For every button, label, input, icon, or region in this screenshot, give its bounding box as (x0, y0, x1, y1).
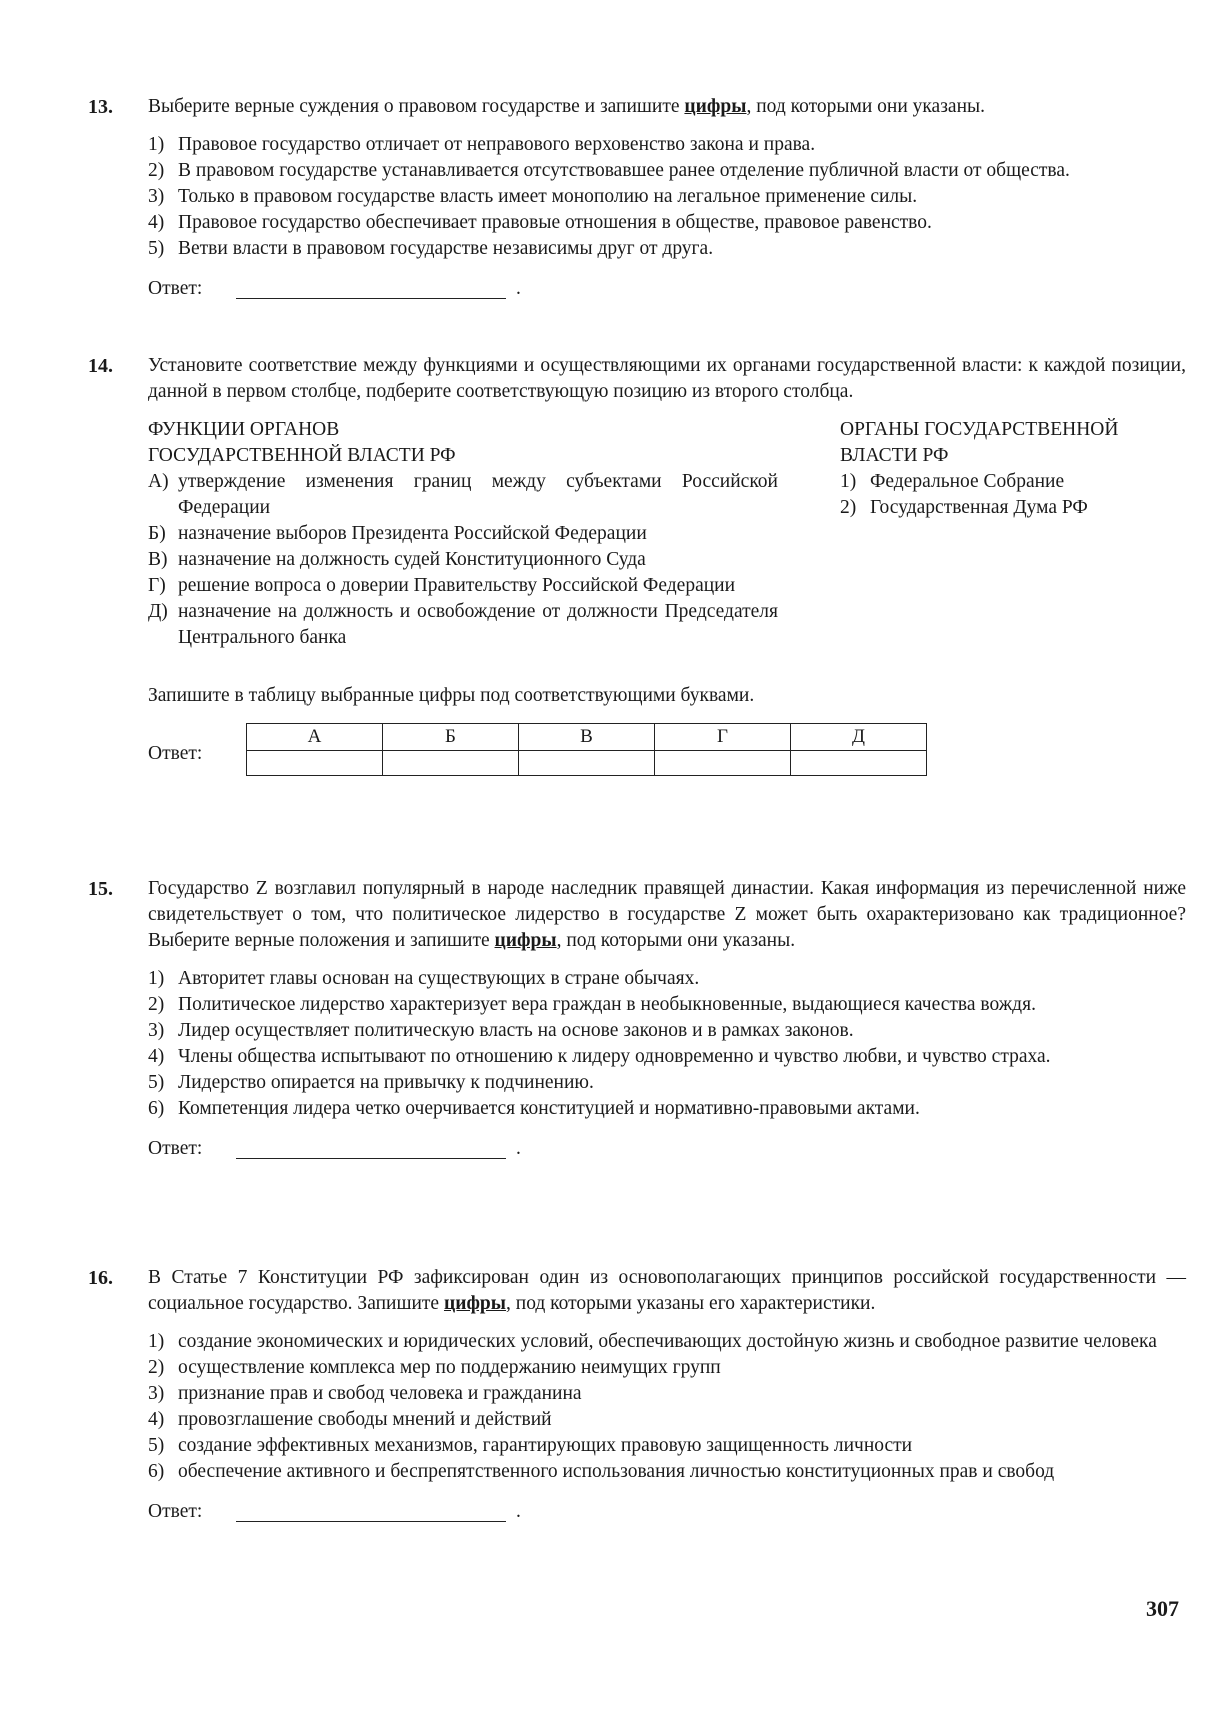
functions-column: ФУНКЦИИ ОРГАНОВ ГОСУДАРСТВЕННОЙ ВЛАСТИ Р… (148, 417, 778, 651)
function-a: А)утверждение изменения границ между суб… (148, 469, 778, 521)
function-g: Г)решение вопроса о доверии Правительств… (148, 573, 778, 599)
answer-field: Ответ: . (148, 1136, 1186, 1162)
task-number: 16. (88, 1265, 113, 1291)
task-question: Государство Z возглавил популярный в нар… (148, 876, 1186, 954)
task-number: 14. (88, 353, 113, 379)
function-v: В)назначение на должность судей Конститу… (148, 547, 778, 573)
answer-cell[interactable] (247, 751, 383, 776)
table-header: В (519, 724, 655, 751)
option-3: 3)Лидер осуществляет политическую власть… (148, 1018, 1186, 1044)
option-4: 4)Правовое государство обеспечивает прав… (148, 210, 1186, 236)
answer-label: Ответ: (148, 741, 202, 767)
column-header: ОРГАНЫ ГОСУДАРСТВЕННОЙ (840, 417, 1200, 443)
column-header: ВЛАСТИ РФ (840, 443, 1200, 469)
task-question: В Статье 7 Конституции РФ зафиксирован о… (148, 1265, 1186, 1317)
task-13: 13. Выберите верные суждения о правовом … (88, 94, 1186, 302)
option-6: 6)Компетенция лидера четко очерчивается … (148, 1096, 1186, 1122)
answer-cell[interactable] (519, 751, 655, 776)
organs-column: ОРГАНЫ ГОСУДАРСТВЕННОЙ ВЛАСТИ РФ 1)Федер… (840, 417, 1200, 521)
table-header: Б (383, 724, 519, 751)
task-15: 15. Государство Z возглавил популярный в… (88, 876, 1186, 1162)
option-2: 2)осуществление комплекса мер по поддерж… (148, 1355, 1186, 1381)
option-3: 3)признание прав и свобод человека и гра… (148, 1381, 1186, 1407)
table-header: А (247, 724, 383, 751)
option-4: 4)Члены общества испытывают по отношению… (148, 1044, 1186, 1070)
options-list: 1)Авторитет главы основан на существующи… (148, 966, 1186, 1122)
table-header: Д (791, 724, 927, 751)
emphasis-digits: цифры (495, 930, 557, 951)
answer-label: Ответ: (148, 276, 202, 302)
answer-field: Ответ: . (148, 1499, 1186, 1525)
task-question: Установите соответствие между функциями … (148, 353, 1186, 405)
function-b: Б)назначение выборов Президента Российск… (148, 521, 778, 547)
function-d: Д)назначение на должность и освобождение… (148, 599, 778, 651)
options-list: 1)создание экономических и юридических у… (148, 1329, 1186, 1485)
organ-2: 2)Государственная Дума РФ (840, 495, 1200, 521)
answer-field: Ответ: . (148, 276, 1186, 302)
task-question: Выберите верные суждения о правовом госу… (148, 94, 1186, 120)
table-header: Г (655, 724, 791, 751)
answer-cell[interactable] (791, 751, 927, 776)
answer-table-block: Ответ: А Б В Г Д (148, 723, 1186, 783)
option-1: 1)Правовое государство отличает от непра… (148, 132, 1186, 158)
option-5: 5)Лидерство опирается на привычку к подч… (148, 1070, 1186, 1096)
answer-label: Ответ: (148, 1136, 202, 1162)
emphasis-digits: цифры (444, 1293, 506, 1314)
column-header: ГОСУДАРСТВЕННОЙ ВЛАСТИ РФ (148, 443, 778, 469)
option-2: 2)В правовом государстве устанавливается… (148, 158, 1186, 184)
answer-blank[interactable] (236, 1521, 506, 1522)
option-2: 2)Политическое лидерство характеризует в… (148, 992, 1186, 1018)
column-header: ФУНКЦИИ ОРГАНОВ (148, 417, 778, 443)
options-list: 1)Правовое государство отличает от непра… (148, 132, 1186, 262)
answer-blank[interactable] (236, 298, 506, 299)
task-14: 14. Установите соответствие между функци… (88, 353, 1186, 783)
option-1: 1)создание экономических и юридических у… (148, 1329, 1186, 1355)
option-5: 5)Ветви власти в правовом государстве не… (148, 236, 1186, 262)
option-5: 5)создание эффективных механизмов, гаран… (148, 1433, 1186, 1459)
answer-cell[interactable] (655, 751, 791, 776)
organ-1: 1)Федеральное Собрание (840, 469, 1200, 495)
table-instruction: Запишите в таблицу выбранные цифры под с… (148, 683, 1186, 709)
option-1: 1)Авторитет главы основан на существующи… (148, 966, 1186, 992)
task-number: 13. (88, 94, 113, 120)
matching-columns: ФУНКЦИИ ОРГАНОВ ГОСУДАРСТВЕННОЙ ВЛАСТИ Р… (148, 417, 1186, 673)
page-number: 307 (1146, 1596, 1179, 1622)
option-6: 6)обеспечение активного и беспрепятствен… (148, 1459, 1186, 1485)
answer-table: А Б В Г Д (246, 723, 927, 776)
answer-label: Ответ: (148, 1499, 202, 1525)
option-4: 4)провозглашение свободы мнений и действ… (148, 1407, 1186, 1433)
emphasis-digits: цифры (684, 96, 746, 117)
answer-cell[interactable] (383, 751, 519, 776)
answer-blank[interactable] (236, 1158, 506, 1159)
option-3: 3)Только в правовом государстве власть и… (148, 184, 1186, 210)
task-number: 15. (88, 876, 113, 902)
task-16: 16. В Статье 7 Конституции РФ зафиксиров… (88, 1265, 1186, 1525)
